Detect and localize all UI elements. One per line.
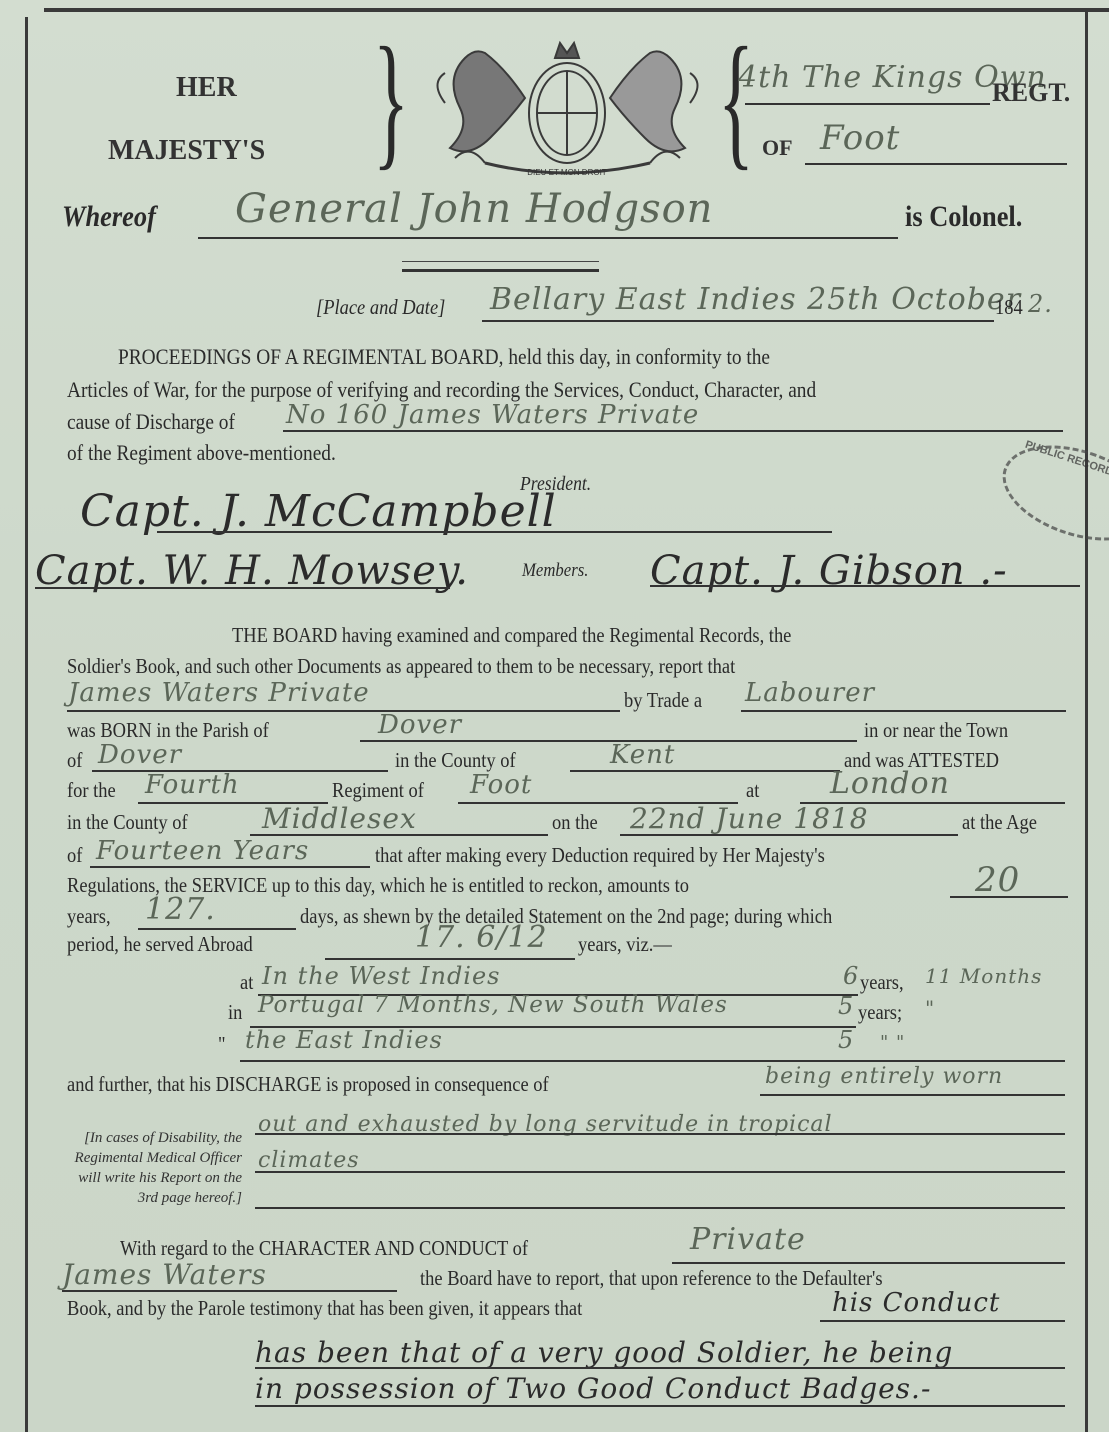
deduction-text: that after making every Deduction requir… — [375, 843, 825, 868]
proceedings-line-4: of the Regiment above-mentioned. — [67, 440, 336, 466]
regiment-type-field: Foot — [820, 118, 900, 158]
conduct-line-3: in possession of Two Good Conduct Badges… — [255, 1372, 931, 1405]
of-age-label: of — [67, 843, 82, 868]
trade-field: Labourer — [745, 678, 875, 708]
header-majestys: MAJESTY'S — [108, 135, 265, 167]
right-brace-icon: { — [718, 25, 754, 175]
discharge-reason-line-3: climates — [258, 1148, 360, 1173]
abroad-place-field: In the West Indies — [262, 962, 501, 990]
place-date-label: [Place and Date] — [316, 295, 445, 320]
left-brace-icon: } — [373, 25, 409, 175]
county2-field: Middlesex — [262, 802, 417, 835]
regiment-of-label: Regiment of — [332, 778, 424, 803]
colonel-name-field: General John Hodgson — [235, 186, 713, 232]
days-text: days, as shewn by the detailed Statement… — [300, 904, 832, 929]
age-label: at the Age — [962, 810, 1037, 835]
member-2-signature: Capt. J. Gibson .- — [650, 548, 1008, 594]
trade-label: by Trade a — [624, 688, 702, 713]
conduct-line-2: has been that of a very good Soldier, he… — [255, 1336, 953, 1369]
proceedings-line-1: PROCEEDINGS OF A REGIMENTAL BOARD, held … — [118, 344, 770, 370]
place-date-field: Bellary East Indies 25th October — [490, 282, 1021, 317]
left-border-rule — [25, 17, 28, 1432]
years-label: years, — [67, 904, 111, 929]
parish-field: Dover — [378, 710, 462, 740]
character-line-3: Book, and by the Parole testimony that h… — [67, 1296, 582, 1321]
report-line-2: Soldier's Book, and such other Documents… — [67, 654, 735, 679]
service-years-field: 20 — [975, 860, 1020, 900]
is-colonel-label: is Colonel. — [905, 200, 1022, 234]
disability-side-note: [In cases of Disability, the Regimental … — [62, 1128, 242, 1208]
of-town-label: of — [67, 748, 82, 773]
attested-date-field: 22nd June 1818 — [630, 802, 869, 835]
character-name-field: James Waters — [62, 1258, 267, 1291]
town-field: Dover — [98, 740, 182, 770]
header-her: HER — [176, 72, 237, 104]
of-label: OF — [762, 135, 793, 161]
regiment-of-field: Foot — [470, 770, 532, 800]
town-label: in or near the Town — [864, 718, 1008, 743]
discharge-label: and further, that his DISCHARGE is propo… — [67, 1072, 549, 1097]
conduct-line-1: his Conduct — [832, 1288, 1000, 1318]
header-double-rule — [402, 261, 599, 272]
report-line-1: THE BOARD having examined and compared t… — [232, 623, 791, 648]
character-line-2: the Board have to report, that upon refe… — [420, 1266, 883, 1291]
abroad-place-field: Portugal 7 Months, New South Wales — [258, 992, 728, 1018]
character-rank-field: Private — [690, 1222, 806, 1257]
svg-text:DIEU ET MON DROIT: DIEU ET MON DROIT — [527, 168, 607, 177]
age-field: Fourteen Years — [96, 836, 309, 866]
right-border-rule — [1085, 8, 1088, 1432]
abroad-label: period, he served Abroad — [67, 932, 253, 957]
members-label: Members. — [522, 560, 588, 582]
at-label: at — [746, 778, 759, 803]
president-signature: Capt. J. McCampbell — [80, 486, 557, 537]
abroad-place-field: the East Indies — [245, 1026, 443, 1054]
viz-label: years, viz.— — [578, 932, 672, 957]
abroad-years-field: 17. 6/12 — [415, 920, 548, 955]
year-handwritten: 2. — [1028, 290, 1053, 318]
county-field: Kent — [610, 740, 675, 770]
royal-coat-of-arms-icon: DIEU ET MON DROIT — [425, 28, 710, 178]
top-border-rule — [44, 8, 1109, 12]
county2-label: in the County of — [67, 810, 188, 835]
regt-label: REGT. — [992, 78, 1070, 108]
year-printed: 184 — [995, 295, 1023, 320]
discharge-document-page: HER MAJESTY'S } { DIEU ET MON DROIT 4th … — [0, 0, 1109, 1432]
whereof-label: Whereof — [62, 200, 156, 234]
attested-at-field: London — [830, 766, 950, 801]
for-the-label: for the — [67, 778, 116, 803]
discharge-of-label: cause of Discharge of — [67, 409, 235, 435]
record-stamp-icon: PUBLIC RECORD — [991, 428, 1109, 558]
name-field: James Waters Private — [68, 678, 370, 708]
service-days-field: 127. — [145, 892, 216, 927]
soldier-name-field: No 160 James Waters Private — [286, 400, 699, 430]
discharge-reason-line-1: being entirely worn — [765, 1064, 1003, 1089]
regiment-number-field: Fourth — [145, 770, 240, 800]
on-the-label: on the — [552, 810, 598, 835]
